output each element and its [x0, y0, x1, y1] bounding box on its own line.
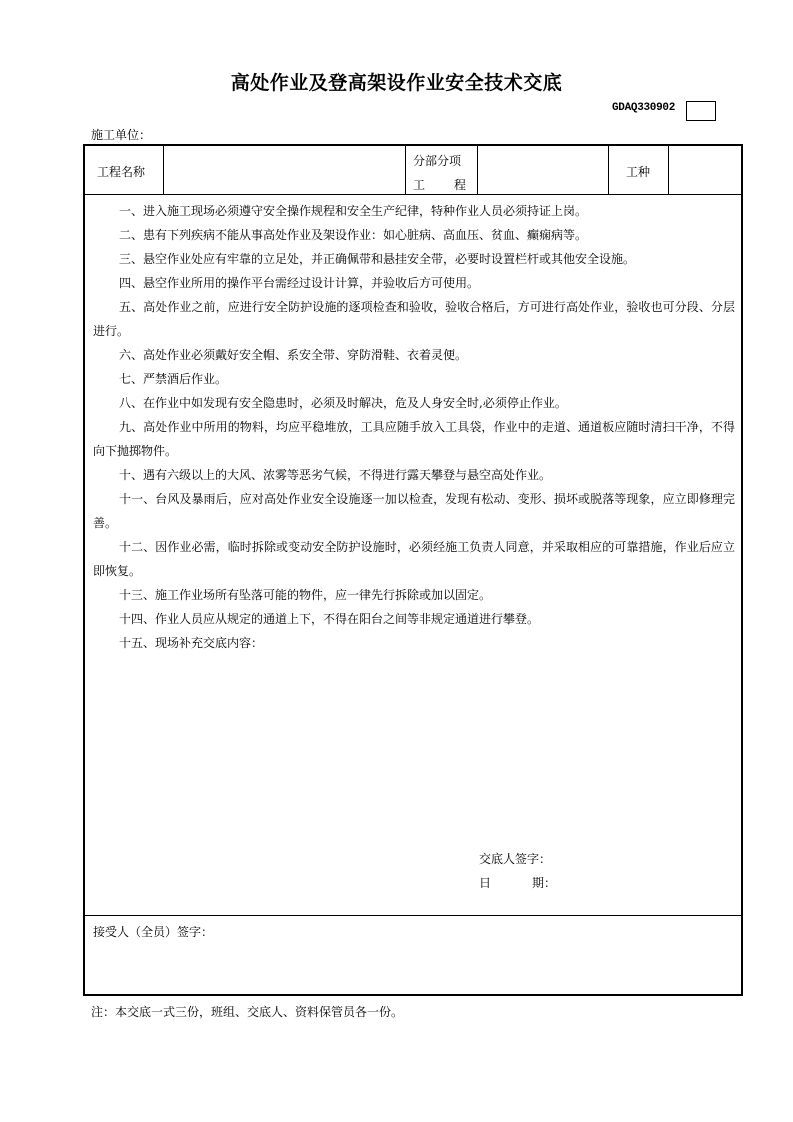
subdivision-label-line2-b: 程	[454, 176, 466, 193]
list-item: 二、患有下列疾病不能从事高处作业及架设作业：如心脏病、高血压、贫血、癫痫病等。	[93, 223, 735, 247]
document-code: GDAQ330902	[612, 102, 675, 114]
list-item: 十五、现场补充交底内容：	[93, 631, 735, 655]
list-item: 三、悬空作业处应有牢靠的立足处，并正确佩带和悬挂安全带，必要时设置栏杆或其他安全…	[93, 247, 735, 271]
subdivision-label-line1: 分部分项	[413, 152, 461, 169]
divider	[405, 146, 406, 194]
construction-unit-label: 施工单位：	[91, 126, 151, 143]
subdivision-field[interactable]	[483, 150, 603, 190]
date-label-b: 期：	[532, 874, 556, 891]
receiver-signature-label: 接受人（全员）签字：	[93, 923, 213, 940]
project-name-label: 工程名称	[97, 163, 145, 180]
list-item: 十四、作业人员应从规定的通道上下，不得在阳台之间等非规定通道进行攀登。	[93, 607, 735, 631]
trade-field[interactable]	[674, 150, 734, 190]
divider	[163, 146, 164, 194]
list-item: 六、高处作业必须戴好安全帽、系安全带、穿防滑鞋、衣着灵便。	[93, 343, 735, 367]
document-title: 高处作业及登高架设作业安全技术交底	[0, 68, 793, 95]
footer-note: 注：本交底一式三份，班组、交底人、资料保管员各一份。	[91, 1003, 403, 1020]
list-item: 四、悬空作业所用的操作平台需经过设计计算，并验收后方可使用。	[93, 271, 735, 295]
trade-label: 工种	[626, 163, 650, 180]
list-item: 十一、台风及暴雨后，应对高处作业安全设施逐一加以检查，发现有松动、变形、损坏或脱…	[93, 487, 735, 535]
divider	[668, 146, 669, 194]
header-row: 工程名称 分部分项 工 程 工种	[85, 146, 741, 195]
subdivision-label-line2-a: 工	[413, 176, 425, 193]
list-item: 五、高处作业之前，应进行安全防护设施的逐项检查和验收，验收合格后，方可进行高处作…	[93, 295, 735, 343]
document-code-box[interactable]	[686, 101, 716, 121]
list-item: 一、进入施工现场必须遵守安全操作规程和安全生产纪律，特种作业人员必须持证上岗。	[93, 199, 735, 223]
list-item: 七、严禁酒后作业。	[93, 367, 735, 391]
list-item: 十三、施工作业场所有坠落可能的物件，应一律先行拆除或加以固定。	[93, 583, 735, 607]
disclosure-content: 一、进入施工现场必须遵守安全操作规程和安全生产纪律，特种作业人员必须持证上岗。 …	[85, 195, 741, 916]
list-item: 十、遇有六级以上的大风、浓雾等恶劣气候，不得进行露天攀登与悬空高处作业。	[93, 463, 735, 487]
discloser-signature-label: 交底人签字：	[479, 850, 551, 867]
disclosure-table: 工程名称 分部分项 工 程 工种 一、进入施工现场必须遵守安全操作规程和安全生产…	[83, 144, 743, 996]
divider	[608, 146, 609, 194]
project-name-field[interactable]	[169, 150, 399, 190]
list-item: 九、高处作业中所用的物料，均应平稳堆放，工具应随手放入工具袋，作业中的走道、通道…	[93, 415, 735, 463]
list-item: 十二、因作业必需，临时拆除或变动安全防护设施时，必须经施工负责人同意，并采取相应…	[93, 535, 735, 583]
divider	[477, 146, 478, 194]
list-item: 八、在作业中如发现有安全隐患时，必须及时解决，危及人身安全时,必须停止作业。	[93, 391, 735, 415]
date-label-a: 日	[479, 874, 491, 891]
